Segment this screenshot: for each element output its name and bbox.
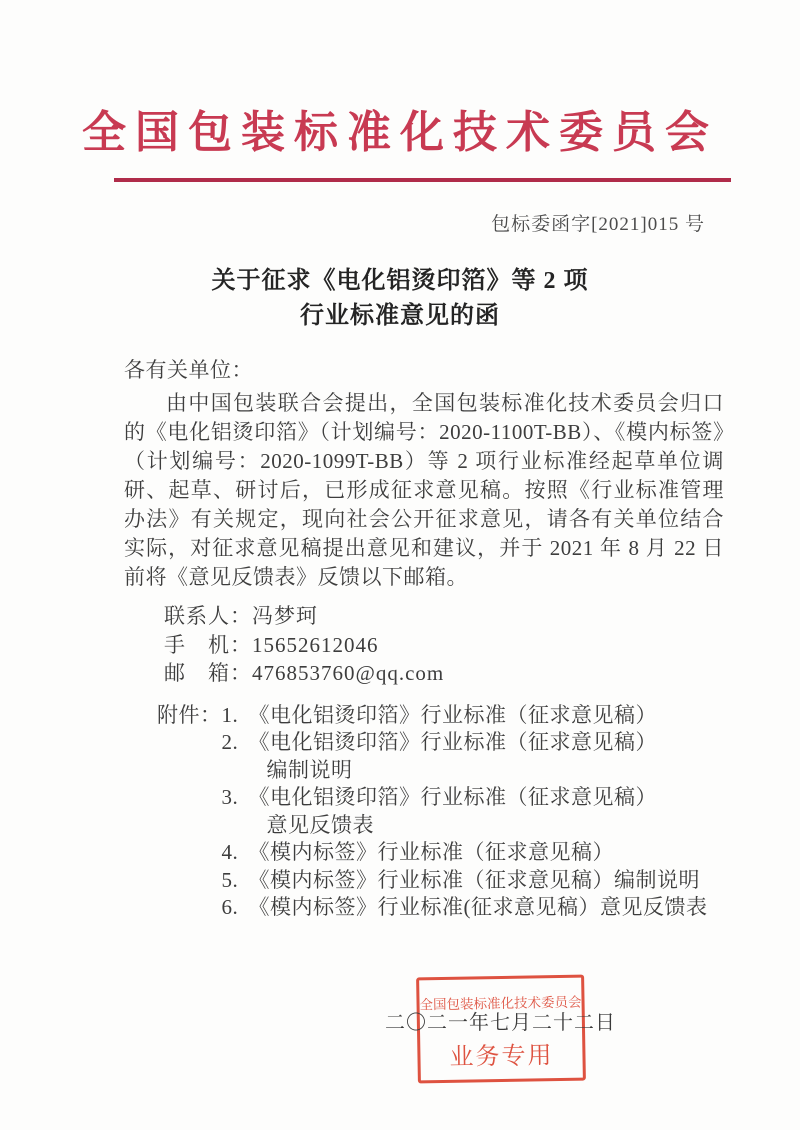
- contact-block: 联系人：冯梦珂 手 机：15652612046 邮 箱：476853760@qq…: [164, 602, 724, 688]
- document-title-line1: 关于征求《电化铝烫印箔》等 2 项: [0, 264, 800, 299]
- body-paragraph: 由中国包装联合会提出，全国包装标准化技术委员会归口的《电化铝烫印箔》（计划编号：…: [124, 389, 724, 592]
- attachment-item: 6. 《模内标签》行业标准(征求意见稿）意见反馈表: [222, 894, 708, 922]
- attachment-text: 《电化铝烫印箔》行业标准（征求意见稿）: [249, 702, 658, 730]
- letter-body: 各有关单位： 由中国包装联合会提出，全国包装标准化技术委员会归口的《电化铝烫印箔…: [124, 355, 724, 922]
- contact-row: 邮 箱：476853760@qq.com: [164, 659, 724, 688]
- attachment-number: 4.: [222, 839, 249, 867]
- document-page: 全国包装标准化技术委员会 包标委函字[2021]015 号 关于征求《电化铝烫印…: [0, 0, 800, 1130]
- contact-value: 476853760@qq.com: [252, 661, 444, 685]
- seal-usage-label: 业务专用: [420, 1035, 583, 1073]
- contact-row: 手 机：15652612046: [164, 631, 724, 660]
- contact-value: 15652612046: [252, 633, 379, 657]
- attachment-item: 4. 《模内标签》行业标准（征求意见稿）: [222, 839, 708, 867]
- attachment-number: 5.: [222, 867, 249, 895]
- attachment-number: 2.: [222, 729, 249, 784]
- contact-value: 冯梦珂: [252, 604, 318, 628]
- attachment-text: 《模内标签》行业标准（征求意见稿）编制说明: [249, 867, 701, 895]
- attachment-item: 3. 《电化铝烫印箔》行业标准（征求意见稿） 意见反馈表: [222, 784, 708, 839]
- attachment-item: 5. 《模内标签》行业标准（征求意见稿）编制说明: [222, 867, 708, 895]
- letterhead-org-name: 全国包装标准化技术委员会: [0, 96, 800, 160]
- contact-label: 邮 箱：: [164, 661, 252, 685]
- attachment-number: 6.: [222, 894, 249, 922]
- date-line: 二〇二一年七月二十二日: [385, 1006, 616, 1035]
- attachment-list: 1. 《电化铝烫印箔》行业标准（征求意见稿） 2. 《电化铝烫印箔》行业标准（征…: [222, 702, 708, 922]
- document-title-line2: 行业标准意见的函: [0, 299, 800, 334]
- attachment-number: 1.: [222, 702, 249, 730]
- document-title: 关于征求《电化铝烫印箔》等 2 项 行业标准意见的函: [0, 264, 800, 334]
- attachment-text: 《模内标签》行业标准（征求意见稿）: [249, 839, 615, 867]
- doc-number: 包标委函字[2021]015 号: [491, 209, 705, 236]
- contact-label: 手 机：: [164, 633, 252, 657]
- letterhead-rule: [114, 178, 731, 182]
- attachment-text: 《模内标签》行业标准(征求意见稿）意见反馈表: [249, 894, 708, 922]
- attachment-text: 《电化铝烫印箔》行业标准（征求意见稿） 编制说明: [249, 729, 658, 784]
- attachment-block: 附件： 1. 《电化铝烫印箔》行业标准（征求意见稿） 2. 《电化铝烫印箔》行业…: [157, 702, 724, 922]
- attachments-label: 附件：: [157, 702, 222, 922]
- salutation: 各有关单位：: [124, 355, 724, 385]
- attachment-item: 2. 《电化铝烫印箔》行业标准（征求意见稿） 编制说明: [222, 729, 708, 784]
- contact-label: 联系人：: [164, 604, 252, 628]
- attachment-number: 3.: [222, 784, 249, 839]
- attachment-item: 1. 《电化铝烫印箔》行业标准（征求意见稿）: [222, 702, 708, 730]
- attachment-text: 《电化铝烫印箔》行业标准（征求意见稿） 意见反馈表: [249, 784, 658, 839]
- contact-row: 联系人：冯梦珂: [164, 602, 724, 631]
